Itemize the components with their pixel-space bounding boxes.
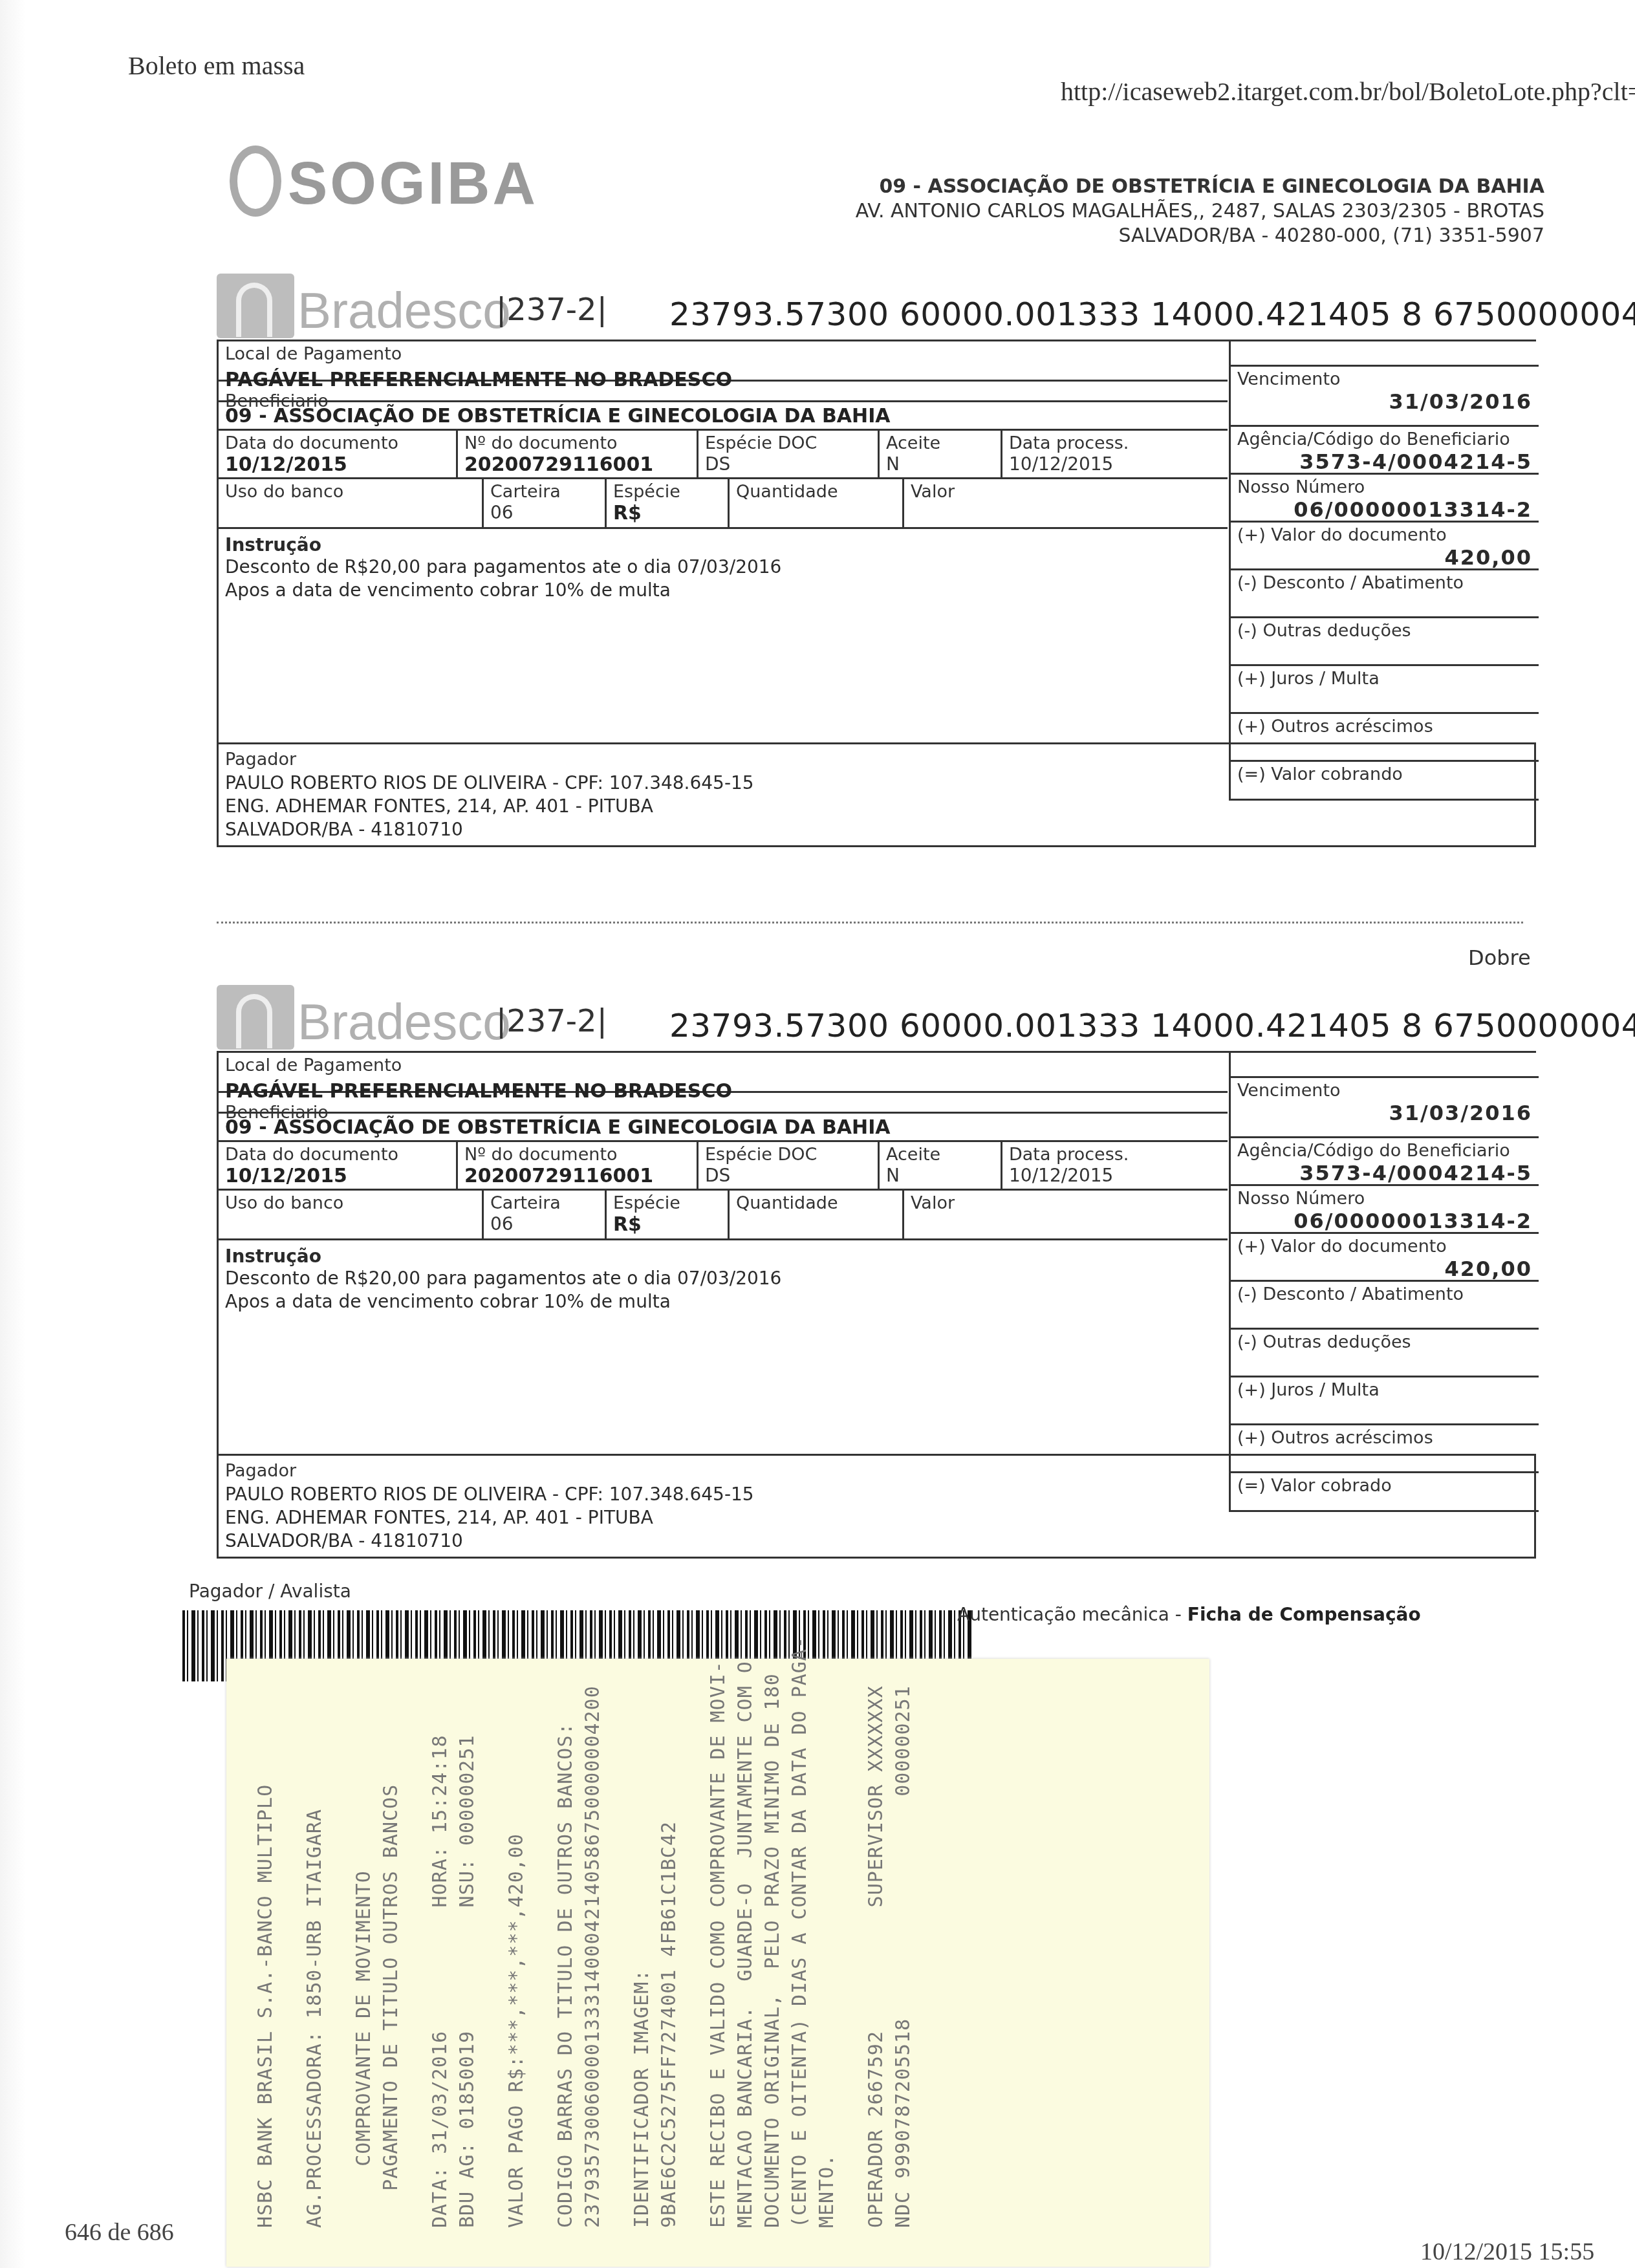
receipt-line — [279, 1698, 301, 2228]
receipt-line: 2379357300600001333140004214058675000000… — [579, 1698, 607, 2228]
num-documento: 20200729116001 — [464, 1165, 690, 1187]
linha-digitavel: 23793.57300 60000.001333 14000.421405 8 … — [669, 1007, 1635, 1044]
carteira: 06 — [490, 1213, 598, 1235]
especie-doc-label: Espécie DOC — [705, 1145, 871, 1165]
bank-header: Bradesco |237-2| 23793.57300 60000.00133… — [217, 268, 1536, 340]
nosso-numero-label: Nosso Número — [1237, 477, 1532, 497]
receipt-line — [481, 1698, 503, 2228]
valor-cobrado-label: (=) Valor cobrado — [1237, 1476, 1532, 1496]
especie-label: Espécie — [613, 482, 721, 502]
vencimento-label: Vencimento — [1237, 369, 1532, 389]
outras-deducoes-label: (-) Outras deduções — [1237, 1332, 1532, 1352]
data-process-label: Data process. — [1009, 433, 1221, 453]
quantidade-label: Quantidade — [736, 1193, 896, 1213]
receipt-line: CODIGO BARRAS DO TITULO DE OUTROS BANCOS… — [552, 1698, 579, 2228]
receipt-line: ESTE RECIBO E VALIDO COMO COMPROVANTE DE… — [705, 1698, 732, 2228]
num-documento-label: Nº do documento — [464, 433, 690, 453]
receipt-line: OPERADOR 2667592 SUPERVISOR XXXXXXX — [863, 1698, 890, 2228]
boleto-grid: Local de Pagamento PAGÁVEL PREFERENCIALM… — [217, 1051, 1536, 1454]
valor-documento: 420,00 — [1237, 545, 1532, 570]
aceite-label: Aceite — [886, 1145, 994, 1165]
nosso-numero: 06/00000013314-2 — [1237, 1209, 1532, 1233]
desconto-label: (-) Desconto / Abatimento — [1237, 1284, 1532, 1304]
instrucao-line: Desconto de R$20,00 para pagamentos ate … — [225, 1267, 1221, 1290]
data-documento: 10/12/2015 — [225, 453, 449, 476]
desconto-label: (-) Desconto / Abatimento — [1237, 573, 1532, 593]
fold-line — [217, 922, 1523, 923]
valor-cobrado-label: (=) Valor cobrando — [1237, 764, 1532, 784]
agencia-label: Agência/Código do Beneficiario — [1237, 1141, 1532, 1161]
pagador-line: SALVADOR/BA - 41810710 — [225, 818, 1528, 841]
receipt-line — [530, 1698, 552, 2228]
instrucao-line: Apos a data de vencimento cobrar 10% de … — [225, 579, 1221, 602]
nosso-numero-label: Nosso Número — [1237, 1189, 1532, 1209]
agencia-codigo: 3573-4/0004214-5 — [1237, 449, 1532, 474]
receipt-line: AG.PROCESSADORA: 1850-URB ITAIGARA — [301, 1698, 329, 2228]
boleto-recibo-sacado: Bradesco |237-2| 23793.57300 60000.00133… — [217, 268, 1536, 847]
receipt-text: HSBC BANK BRASIL S.A.-BANCO MULTIPLOAG.P… — [226, 1659, 1209, 2267]
receipt-line: PAGAMENTO DE TITULO OUTROS BANCOS — [378, 1698, 405, 2228]
beneficiario: 09 - ASSOCIAÇÃO DE OBSTETRÍCIA E GINECOL… — [225, 405, 1221, 427]
receipt-line: DOCUMENTO ORIGINAL, PELO PRAZO MINIMO DE… — [759, 1698, 786, 2228]
receipt-line: 9BAE6C2C5275FF7274001 4FB61C1BC42 — [656, 1698, 683, 2228]
instrucao-label: Instrução — [225, 1246, 1221, 1267]
boleto-ficha-compensacao: Bradesco |237-2| 23793.57300 60000.00133… — [217, 980, 1536, 1559]
sogiba-logo-text: SOGIBA — [288, 150, 538, 218]
data-process: 10/12/2015 — [1009, 453, 1221, 475]
especie-doc: DS — [705, 1165, 871, 1186]
bank-name: Bradesco — [298, 281, 511, 340]
pagador-avalista-label: Pagador / Avalista — [189, 1581, 351, 1602]
instrucao-label: Instrução — [225, 534, 1221, 556]
data-documento-label: Data do documento — [225, 433, 449, 453]
aceite: N — [886, 1165, 994, 1186]
especie-label: Espécie — [613, 1193, 721, 1213]
beneficiario: 09 - ASSOCIAÇÃO DE OBSTETRÍCIA E GINECOL… — [225, 1116, 1221, 1139]
page-header-title: Boleto em massa — [128, 50, 305, 81]
data-process-label: Data process. — [1009, 1145, 1221, 1165]
valor-label: Valor — [911, 1193, 1221, 1213]
uso-banco-label: Uso do banco — [225, 1193, 475, 1213]
data-process: 10/12/2015 — [1009, 1165, 1221, 1186]
data-documento-label: Data do documento — [225, 1145, 449, 1165]
local-pagamento-label: Local de Pagamento — [225, 1055, 1221, 1075]
agencia-codigo: 3573-4/0004214-5 — [1237, 1161, 1532, 1185]
valor-label: Valor — [911, 482, 1221, 502]
bank-name: Bradesco — [298, 993, 511, 1052]
issuer-address-2: SALVADOR/BA - 40280-000, (71) 3351-5907 — [856, 224, 1544, 248]
local-pagamento: PAGÁVEL PREFERENCIALMENTE NO BRADESCO — [225, 369, 1221, 391]
ficha-compensacao-label: Ficha de Compensação — [1187, 1604, 1421, 1625]
boleto-grid: Local de Pagamento PAGÁVEL PREFERENCIALM… — [217, 340, 1536, 742]
page-edge-shadow — [0, 0, 26, 2268]
receipt-line: MENTACAO BANCARIA. GUARDE-O JUNTAMENTE C… — [732, 1698, 759, 2228]
valor-documento: 420,00 — [1237, 1257, 1532, 1281]
juros-multa-label: (+) Juros / Multa — [1237, 1380, 1532, 1400]
receipt-line — [329, 1698, 351, 2228]
receipt-line: MENTO. — [814, 1698, 841, 2228]
valor-documento-label: (+) Valor do documento — [1237, 1237, 1532, 1257]
aceite: N — [886, 453, 994, 475]
especie: R$ — [613, 502, 721, 524]
data-documento: 10/12/2015 — [225, 1165, 449, 1187]
vencimento-label: Vencimento — [1237, 1081, 1532, 1101]
num-documento: 20200729116001 — [464, 453, 690, 476]
aceite-label: Aceite — [886, 433, 994, 453]
local-pagamento: PAGÁVEL PREFERENCIALMENTE NO BRADESCO — [225, 1080, 1221, 1103]
carteira-label: Carteira — [490, 482, 598, 502]
carteira: 06 — [490, 502, 598, 523]
agencia-label: Agência/Código do Beneficiario — [1237, 429, 1532, 449]
receipt-line — [607, 1698, 629, 2228]
instrucoes-block: Instrução Desconto de R$20,00 para pagam… — [219, 1240, 1228, 1454]
autenticacao-mecanica: Autenticação mecânica - Ficha de Compens… — [957, 1604, 1421, 1625]
receipt-line — [683, 1698, 705, 2228]
outros-acrescimos-label: (+) Outros acréscimos — [1237, 717, 1532, 737]
instrucoes-block: Instrução Desconto de R$20,00 para pagam… — [219, 529, 1228, 742]
vencimento: 31/03/2016 — [1237, 1101, 1532, 1125]
receipt-line: IDENTIFICADOR IMAGEM: — [629, 1698, 656, 2228]
valor-documento-label: (+) Valor do documento — [1237, 525, 1532, 545]
bank-code: |237-2| — [496, 292, 607, 328]
bradesco-logo-icon — [217, 274, 294, 338]
payment-receipt: HSBC BANK BRASIL S.A.-BANCO MULTIPLOAG.P… — [226, 1659, 1209, 2267]
receipt-line: BDU AG: 01850019 NSU: 000000251 — [454, 1698, 481, 2228]
page-header-url: http://icaseweb2.itarget.com.br/bol/Bole… — [1061, 76, 1635, 107]
instrucao-line: Desconto de R$20,00 para pagamentos ate … — [225, 556, 1221, 579]
print-datetime: 10/12/2015 15:55 — [1420, 2238, 1594, 2266]
num-documento-label: Nº do documento — [464, 1145, 690, 1165]
autenticacao-label: Autenticação mecânica - — [957, 1604, 1182, 1625]
especie-doc: DS — [705, 453, 871, 475]
issuer-block: 09 - ASSOCIAÇÃO DE OBSTETRÍCIA E GINECOL… — [856, 175, 1544, 248]
issuer-address-1: AV. ANTONIO CARLOS MAGALHÃES,, 2487, SAL… — [856, 199, 1544, 224]
bank-code: |237-2| — [496, 1003, 607, 1039]
instrucao-line: Apos a data de vencimento cobrar 10% de … — [225, 1290, 1221, 1313]
receipt-line — [841, 1698, 863, 2228]
receipt-line: HSBC BANK BRASIL S.A.-BANCO MULTIPLO — [252, 1698, 279, 2228]
uso-banco-label: Uso do banco — [225, 482, 475, 502]
sogiba-logo-icon — [230, 146, 281, 217]
page-counter: 646 de 686 — [65, 2218, 174, 2247]
juros-multa-label: (+) Juros / Multa — [1237, 669, 1532, 689]
nosso-numero: 06/00000013314-2 — [1237, 497, 1532, 522]
quantidade-label: Quantidade — [736, 482, 896, 502]
especie: R$ — [613, 1213, 721, 1236]
issuer-name: 09 - ASSOCIAÇÃO DE OBSTETRÍCIA E GINECOL… — [856, 175, 1544, 199]
local-pagamento-label: Local de Pagamento — [225, 344, 1221, 364]
vencimento: 31/03/2016 — [1237, 389, 1532, 414]
outras-deducoes-label: (-) Outras deduções — [1237, 621, 1532, 641]
linha-digitavel: 23793.57300 60000.001333 14000.421405 8 … — [669, 296, 1635, 333]
bank-header: Bradesco |237-2| 23793.57300 60000.00133… — [217, 980, 1536, 1051]
receipt-line — [405, 1698, 427, 2228]
bradesco-logo-icon — [217, 985, 294, 1050]
receipt-line: NDC 9990787205518 000000251 — [890, 1698, 917, 2228]
receipt-line: DATA: 31/03/2016 HORA: 15:24:18 — [427, 1698, 454, 2228]
fold-label: Dobre — [1468, 945, 1531, 970]
receipt-line: VALOR PAGO R$:***,***,***,420,00 — [503, 1698, 530, 2228]
especie-doc-label: Espécie DOC — [705, 433, 871, 453]
receipt-line: COMPROVANTE DE MOVIMENTO — [351, 1698, 378, 2228]
outros-acrescimos-label: (+) Outros acréscimos — [1237, 1428, 1532, 1448]
carteira-label: Carteira — [490, 1193, 598, 1213]
receipt-line: (CENTO E OITENTA) DIAS A CONTAR DA DATA … — [786, 1698, 814, 2228]
pagador-line: SALVADOR/BA - 41810710 — [225, 1529, 1528, 1553]
